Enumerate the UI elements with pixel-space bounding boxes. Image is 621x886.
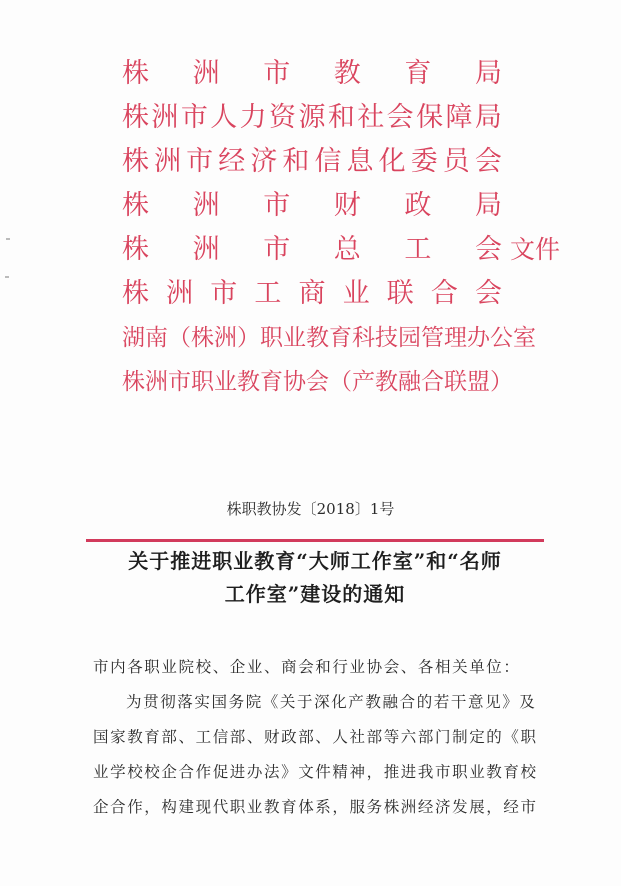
issuer-char: 人 <box>210 96 237 140</box>
issuer-char: 和 <box>282 140 309 184</box>
issuer-char: 合 <box>431 272 458 316</box>
issuer-char: 市 <box>181 96 208 140</box>
issuer-char: 协 <box>283 360 306 404</box>
issuer-char: 科 <box>352 316 375 360</box>
issuer-char: 局 <box>475 184 502 228</box>
issuer-char: 经 <box>218 140 245 184</box>
issuer-char: 局 <box>475 52 502 96</box>
issuer-education-bureau: 株洲市教育局 <box>122 52 502 96</box>
issuer-char: 教 <box>334 52 361 96</box>
issuer-char: （ <box>329 360 352 404</box>
title-line-2: 工作室”建设的通知 <box>80 578 550 611</box>
issuer-char: 职 <box>260 316 283 360</box>
document-title: 关于推进职业教育“大师工作室”和“名师 工作室”建设的通知 <box>80 545 550 611</box>
issuer-char: 财 <box>334 184 361 228</box>
issuer-char: 洲 <box>145 360 168 404</box>
issuer-char: 市 <box>210 272 237 316</box>
document-suffix: 文件 <box>510 230 560 266</box>
issuer-char: 业 <box>343 272 370 316</box>
issuer-char: 力 <box>240 96 267 140</box>
issuer-char: 湖 <box>122 316 145 360</box>
issuer-char: 联 <box>387 272 414 316</box>
issuer-char: 融 <box>398 360 421 404</box>
issuer-hr-social-security-bureau: 株洲市人力资源和社会保障局 <box>122 96 502 140</box>
salutation: 市内各职业院校、企业、商会和行业协会、各相关单位： <box>93 650 553 685</box>
issuer-char: 总 <box>334 228 361 272</box>
issuer-char: 联 <box>444 360 467 404</box>
issuer-char: 教 <box>375 360 398 404</box>
issuer-char: 洲 <box>193 184 220 228</box>
document-page: 株洲市教育局 株洲市人力资源和社会保障局 株洲市经济和信息化委员会 株洲市财政局… <box>0 0 621 886</box>
issuer-char: 会 <box>475 140 502 184</box>
issuer-char: 株 <box>122 52 149 96</box>
issuer-char: 市 <box>263 228 290 272</box>
issuer-vocational-education-association: 株洲市职业教育协会（产教融合联盟） <box>122 360 502 404</box>
issuer-char: 株 <box>122 140 149 184</box>
issuer-char: 市 <box>168 360 191 404</box>
issuer-char: 株 <box>122 272 149 316</box>
issuer-char: 职 <box>191 360 214 404</box>
issuer-char: 洲 <box>193 52 220 96</box>
issuer-char: 株 <box>122 184 149 228</box>
issuer-char: 济 <box>250 140 277 184</box>
issuer-char: （ <box>168 316 191 360</box>
issuer-federation-of-industry-commerce: 株洲市工商业联合会 <box>122 272 502 316</box>
issuer-char: 化 <box>379 140 406 184</box>
paragraph-line: 企合作，构建现代职业教育体系，服务株洲经济发展，经市 <box>93 790 553 825</box>
issuer-char: 育 <box>329 316 352 360</box>
issuer-char: 社 <box>357 96 384 140</box>
issuer-char: 市 <box>263 184 290 228</box>
issuer-char: 株 <box>122 228 149 272</box>
issuer-char: 会 <box>387 96 414 140</box>
issuer-char: 洲 <box>154 140 181 184</box>
issuer-char: 育 <box>260 360 283 404</box>
issuer-char: 南 <box>145 316 168 360</box>
issuer-char: 管 <box>421 316 444 360</box>
document-body: 市内各职业院校、企业、商会和行业协会、各相关单位： 为贯彻落实国务院《关于深化产… <box>93 650 553 825</box>
document-number: 株职教协发〔2018〕1号 <box>0 498 621 519</box>
title-line-1: 关于推进职业教育“大师工作室”和“名师 <box>80 545 550 578</box>
issuer-char: 洲 <box>193 228 220 272</box>
red-divider-line <box>86 539 544 542</box>
paragraph-line: 业学校校企合作促进办法》文件精神，推进我市职业教育校 <box>93 755 553 790</box>
issuer-char: 洲 <box>214 316 237 360</box>
issuer-char: 室 <box>513 316 536 360</box>
issuer-char: 理 <box>444 316 467 360</box>
issuer-char: 工 <box>254 272 281 316</box>
scan-speck <box>6 238 10 240</box>
issuer-economy-info-commission: 株洲市经济和信息化委员会 <box>122 140 502 184</box>
issuer-char: 信 <box>314 140 341 184</box>
issuer-char: 株 <box>122 360 145 404</box>
issuer-federation-of-trade-unions: 株洲市总工会 <box>122 228 502 272</box>
issuer-char: 合 <box>421 360 444 404</box>
issuer-char: 员 <box>443 140 470 184</box>
issuer-char: 园 <box>398 316 421 360</box>
issuer-char: 业 <box>283 316 306 360</box>
issuer-char: 息 <box>347 140 374 184</box>
issuer-char: 株 <box>191 316 214 360</box>
issuer-char: 政 <box>404 184 431 228</box>
issuer-char: 源 <box>298 96 325 140</box>
issuer-char: 商 <box>299 272 326 316</box>
issuer-char: 市 <box>186 140 213 184</box>
issuer-char: ） <box>237 316 260 360</box>
issuing-authorities: 株洲市教育局 株洲市人力资源和社会保障局 株洲市经济和信息化委员会 株洲市财政局… <box>122 52 502 404</box>
issuer-char: ） <box>490 360 513 404</box>
issuer-char: 办 <box>467 316 490 360</box>
issuer-char: 教 <box>237 360 260 404</box>
issuer-char: 会 <box>306 360 329 404</box>
issuer-char: 局 <box>475 96 502 140</box>
issuer-char: 公 <box>490 316 513 360</box>
issuer-char: 教 <box>306 316 329 360</box>
issuer-char: 障 <box>445 96 472 140</box>
issuer-char: 盟 <box>467 360 490 404</box>
issuer-char: 技 <box>375 316 398 360</box>
issuer-vocational-park-office: 湖南（株洲）职业教育科技园管理办公室 <box>122 316 502 360</box>
issuer-char: 业 <box>214 360 237 404</box>
issuer-char: 株 <box>122 96 149 140</box>
issuer-finance-bureau: 株洲市财政局 <box>122 184 502 228</box>
issuer-char: 资 <box>269 96 296 140</box>
issuer-char: 会 <box>475 228 502 272</box>
issuer-char: 工 <box>404 228 431 272</box>
scan-speck <box>5 276 9 278</box>
issuer-char: 和 <box>328 96 355 140</box>
issuer-char: 市 <box>263 52 290 96</box>
issuer-char: 产 <box>352 360 375 404</box>
paragraph-line: 为贯彻落实国务院《关于深化产教融合的若干意见》及 <box>93 685 553 720</box>
issuer-char: 洲 <box>151 96 178 140</box>
issuer-char: 会 <box>475 272 502 316</box>
issuer-char: 保 <box>416 96 443 140</box>
issuer-char: 育 <box>404 52 431 96</box>
issuer-char: 洲 <box>166 272 193 316</box>
issuer-char: 委 <box>411 140 438 184</box>
paragraph-line: 国家教育部、工信部、财政部、人社部等六部门制定的《职 <box>93 720 553 755</box>
